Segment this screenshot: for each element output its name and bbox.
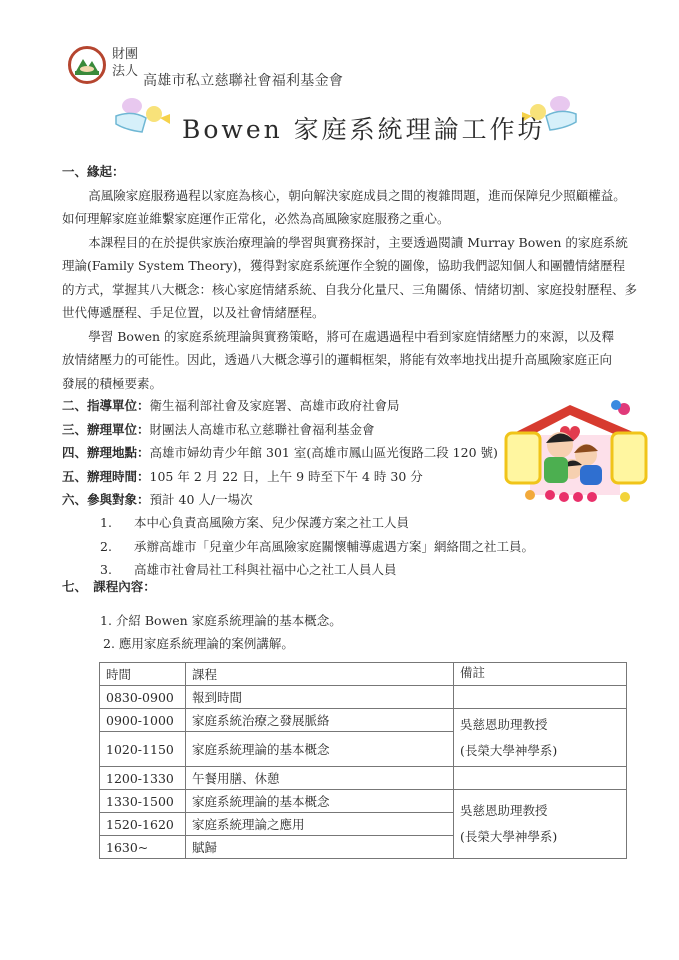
value-supervising: 衛生福利部社會及家庭署、高雄市政府社會局 <box>150 398 400 413</box>
value-organizer: 財團法人高雄市私立慈聯社會福利基金會 <box>150 422 375 437</box>
value-venue: 高雄市婦幼青少年館 301 室(高雄市鳳山區光復路二段 120 號) <box>150 445 498 460</box>
value-participants: 預計 40 人/一場次 <box>150 492 253 507</box>
table-header-row: 時間 課程 備註 <box>100 663 627 686</box>
course-content-list: 1. 介紹 Bowen 家庭系統理論的基本概念。 2. 應用家庭系統理論的案例講… <box>100 609 342 655</box>
label-organizer: 三、辦理單位： <box>62 422 150 437</box>
org-prefix: 財團 法人 <box>112 46 138 80</box>
paragraph: 高風險家庭服務過程以家庭為核心，朝向解決家庭成員之間的複雜問題，進而保障兒少照顧… <box>62 184 637 231</box>
foundation-logo-icon <box>68 46 106 84</box>
header-note: 備註 <box>454 663 627 686</box>
org-header: 財團 法人 <box>68 46 138 84</box>
table-row: 1200-1330 午餐用膳、休憩 <box>100 767 627 790</box>
section-heading: 一、緣起： <box>62 160 637 184</box>
label-participants: 六、參與對象： <box>62 492 150 507</box>
instructor-note: 吳慈恩助理教授 (長榮大學神學系) <box>454 790 627 859</box>
header-course: 課程 <box>186 663 454 686</box>
label-course-content: 七、 課程內容： <box>62 575 637 599</box>
table-row: 0830-0900 報到時間 <box>100 686 627 709</box>
value-time: 105 年 2 月 22 日，上午 9 時至下午 4 時 30 分 <box>150 469 423 484</box>
list-item: 1.本中心負責高風險方案、兒少保護方案之社工人員 <box>100 511 534 535</box>
instructor-note: 吳慈恩助理教授 (長榮大學神學系) <box>454 709 627 767</box>
label-time: 五、辦理時間： <box>62 469 150 484</box>
participant-list: 1.本中心負責高風險方案、兒少保護方案之社工人員 2.承辦高雄市「兒童少年高風險… <box>100 511 534 582</box>
schedule-table: 時間 課程 備註 0830-0900 報到時間 0900-1000 家庭系統治療… <box>99 662 627 859</box>
section-background: 一、緣起： 高風險家庭服務過程以家庭為核心，朝向解決家庭成員之間的複雜問題，進而… <box>62 160 637 395</box>
label-supervising: 二、指導單位： <box>62 398 150 413</box>
table-row: 0900-1000 家庭系統治療之發展脈絡 吳慈恩助理教授 (長榮大學神學系) <box>100 709 627 732</box>
list-item: 2.承辦高雄市「兒童少年高風險家庭關懷輔導處遇方案」網絡間之社工員。 <box>100 535 534 559</box>
list-item: 2. 應用家庭系統理論的案例講解。 <box>103 632 342 655</box>
family-house-illustration-icon <box>500 395 650 510</box>
list-item: 1. 介紹 Bowen 家庭系統理論的基本概念。 <box>100 609 342 632</box>
table-row: 1330-1500 家庭系統理論的基本概念 吳慈恩助理教授 (長榮大學神學系) <box>100 790 627 813</box>
header-time: 時間 <box>100 663 186 686</box>
paragraph: 本課程目的在於提供家族治療理論的學習與實務探討，主要透過閱讀 Murray Bo… <box>62 231 637 325</box>
label-venue: 四、辦理地點： <box>62 445 150 460</box>
page-title: Bowen 家庭系統理論工作坊 <box>182 110 546 146</box>
angel-left-icon <box>112 96 172 140</box>
paragraph: 學習 Bowen 的家庭系統理論與實務策略，將可在處遇過程中看到家庭情緒壓力的來… <box>62 325 622 396</box>
org-name: 高雄市私立慈聯社會福利基金會 <box>143 70 343 90</box>
